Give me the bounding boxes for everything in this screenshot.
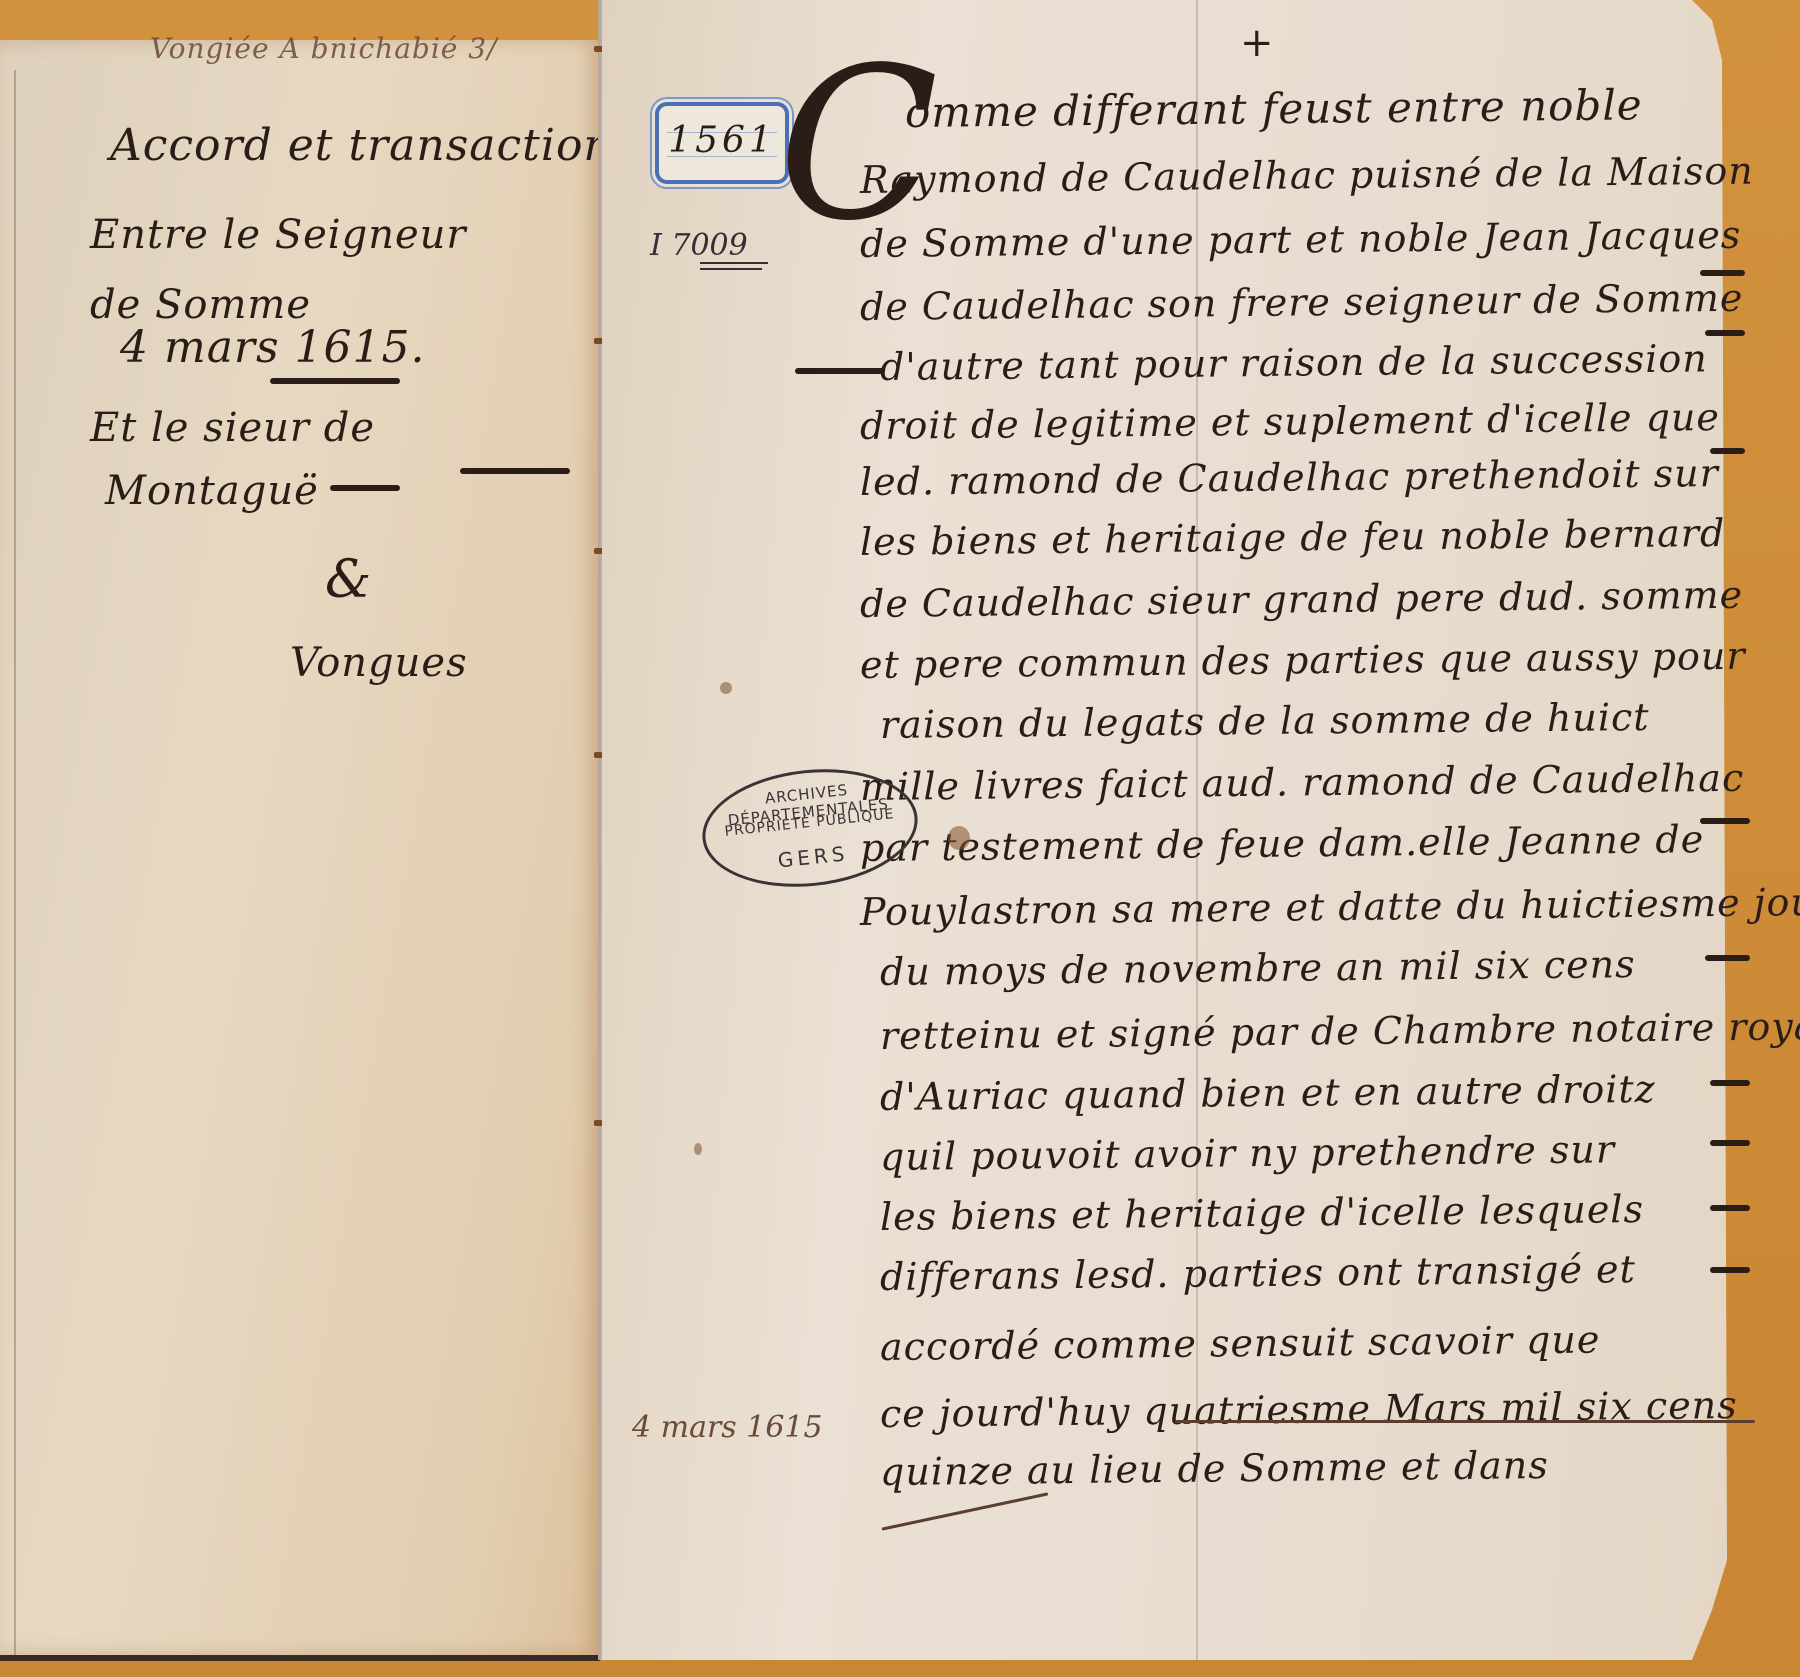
line-end-dash bbox=[1705, 955, 1750, 961]
text-line-2: Raymond de Caudelhac puisné de la Maison bbox=[860, 149, 1754, 202]
decorated-initial: C bbox=[778, 40, 939, 250]
flourish bbox=[795, 368, 885, 374]
left-line-1: Vongiée A bnichabié 3/ bbox=[150, 32, 498, 65]
flourish bbox=[330, 485, 400, 491]
cross-mark: + bbox=[1240, 20, 1274, 66]
line-end-dash bbox=[1705, 330, 1745, 336]
flourish bbox=[460, 468, 570, 474]
text-line-1: omme differant feust entre noble bbox=[905, 80, 1643, 137]
text-line-4: de Caudelhac son frere seigneur de Somme bbox=[860, 276, 1744, 329]
archive-cote: I 7009 bbox=[650, 228, 748, 263]
text-line-3: de Somme d'une part et noble Jean Jacque… bbox=[860, 213, 1742, 266]
left-line-9: Vongues bbox=[290, 640, 468, 686]
cote-underline bbox=[700, 262, 768, 264]
catalogue-label: 1561 bbox=[655, 102, 789, 184]
text-line-18: quil pouvoit avoir ny prethendre sur bbox=[880, 1127, 1615, 1179]
text-line-17: d'Auriac quand bien et en autre droitz bbox=[880, 1067, 1656, 1119]
margin-date: 4 mars 1615 bbox=[632, 1410, 823, 1445]
text-line-11: raison du legats de la somme de huict bbox=[880, 695, 1650, 747]
line-end-dash bbox=[1710, 1205, 1750, 1211]
line-end-dash bbox=[1700, 818, 1750, 824]
text-line-13: par testement de feue dam.elle Jeanne de bbox=[860, 817, 1705, 870]
line-end-dash bbox=[1710, 1080, 1750, 1086]
left-line-2: Accord et transaction bbox=[110, 120, 613, 171]
left-line-3: Entre le Seigneur bbox=[90, 212, 467, 258]
line-end-dash bbox=[1710, 448, 1745, 454]
text-line-9: de Caudelhac sieur grand pere dud. somme bbox=[860, 573, 1744, 626]
text-line-21: accordé comme sensuit scavoir que bbox=[880, 1317, 1601, 1369]
text-line-23: quinze au lieu de Somme et dans bbox=[880, 1443, 1549, 1494]
text-line-10: et pere commun des parties que aussy pou… bbox=[860, 634, 1746, 687]
ink-stain bbox=[694, 1143, 702, 1155]
text-line-8: les biens et heritaige de feu noble bern… bbox=[860, 511, 1726, 564]
text-line-12: mille livres faict aud. ramond de Caudel… bbox=[860, 756, 1745, 809]
line-end-dash bbox=[1710, 1267, 1750, 1273]
line-end-dash bbox=[1710, 1140, 1750, 1146]
text-line-6: droit de legitime et suplement d'icelle … bbox=[860, 395, 1720, 448]
left-line-6: Et le sieur de bbox=[90, 405, 375, 451]
text-line-5: d'autre tant pour raison de la successio… bbox=[880, 336, 1708, 389]
text-line-19: les biens et heritaige d'icelle lesquels bbox=[880, 1187, 1644, 1239]
text-line-7: led. ramond de Caudelhac prethendoit sur bbox=[860, 451, 1719, 504]
ink-stain bbox=[720, 682, 732, 694]
ink-stain bbox=[948, 826, 970, 850]
text-line-20: differans lesd. parties ont transigé et bbox=[880, 1247, 1636, 1299]
underline-stroke bbox=[1175, 1420, 1755, 1423]
flourish bbox=[270, 378, 400, 384]
left-line-7: Montaguë bbox=[105, 468, 319, 514]
text-line-15: du moys de novembre an mil six cens bbox=[880, 942, 1636, 994]
catalogue-number: 1561 bbox=[659, 120, 785, 161]
line-end-dash bbox=[1700, 270, 1745, 276]
left-line-8: & bbox=[325, 550, 372, 610]
left-line-5: 4 mars 1615. bbox=[120, 322, 426, 373]
cote-underline bbox=[700, 268, 762, 270]
text-line-22: ce jourd'huy quatriesme Mars mil six cen… bbox=[880, 1383, 1738, 1436]
